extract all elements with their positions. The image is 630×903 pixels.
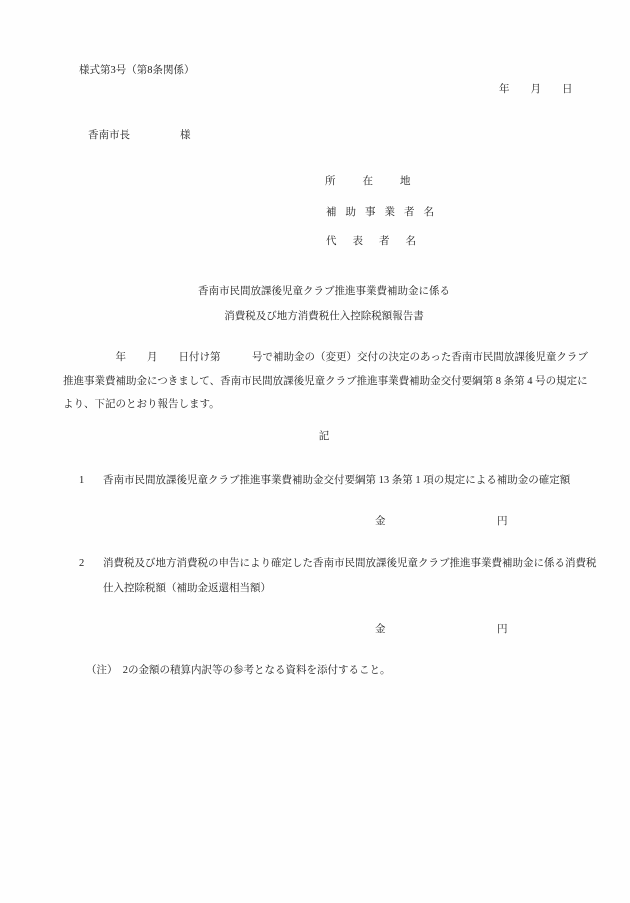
addressee-line: 香南市長様 — [88, 131, 191, 142]
item-2-amount-suffix: 円 — [497, 625, 508, 636]
body-paragraph-line1: 年 月 日付け第 号で補助金の（変更）交付の決定のあった香南市民間放課後児童クラ… — [63, 353, 587, 364]
field-label-representative-name: 代表者名 — [326, 237, 432, 248]
item-1-amount-prefix: 金 — [375, 517, 386, 528]
addressee-honorific: 様 — [180, 130, 191, 141]
document-title-line1: 香南市民間放課後児童クラブ推進事業費補助金に係る — [63, 287, 585, 298]
document-title-line2: 消費税及び地方消費税仕入控除税額報告書 — [63, 312, 585, 323]
item-2-amount-prefix: 金 — [375, 625, 386, 636]
footnote: （注） 2の金額の積算内訳等の参考となる資料を添付すること。 — [86, 666, 391, 677]
body-paragraph-line2: 推進事業費補助金につきまして、香南市民間放課後児童クラブ推進事業費補助金交付要綱… — [63, 377, 587, 388]
item-1-text: 香南市民間放課後児童クラブ推進事業費補助金交付要綱第 13 条第 1 項の規定に… — [103, 476, 595, 487]
body-paragraph-line3: より、下記のとおり報告します。 — [63, 400, 587, 411]
ki-separator: 記 — [63, 432, 585, 443]
item-1-amount-suffix: 円 — [497, 517, 508, 528]
field-label-business-name: 補助事業者名 — [326, 208, 443, 219]
date-line: 年 月 日 — [499, 85, 573, 96]
item-2-number: 2 — [79, 559, 84, 570]
item-2-text-line1: 消費税及び地方消費税の申告により確定した香南市民間放課後児童クラブ推進事業費補助… — [103, 559, 595, 570]
document-page: 様式第3号（第8条関係） 年 月 日 香南市長様 所在地 補助事業者名 代表者名… — [0, 0, 630, 903]
item-2-text-line2: 仕入控除税額（補助金返還相当額） — [103, 584, 595, 595]
form-number: 様式第3号（第8条関係） — [79, 66, 195, 77]
addressee-name: 香南市長 — [88, 130, 130, 141]
item-1-number: 1 — [79, 476, 84, 487]
field-label-address: 所在地 — [325, 177, 438, 188]
